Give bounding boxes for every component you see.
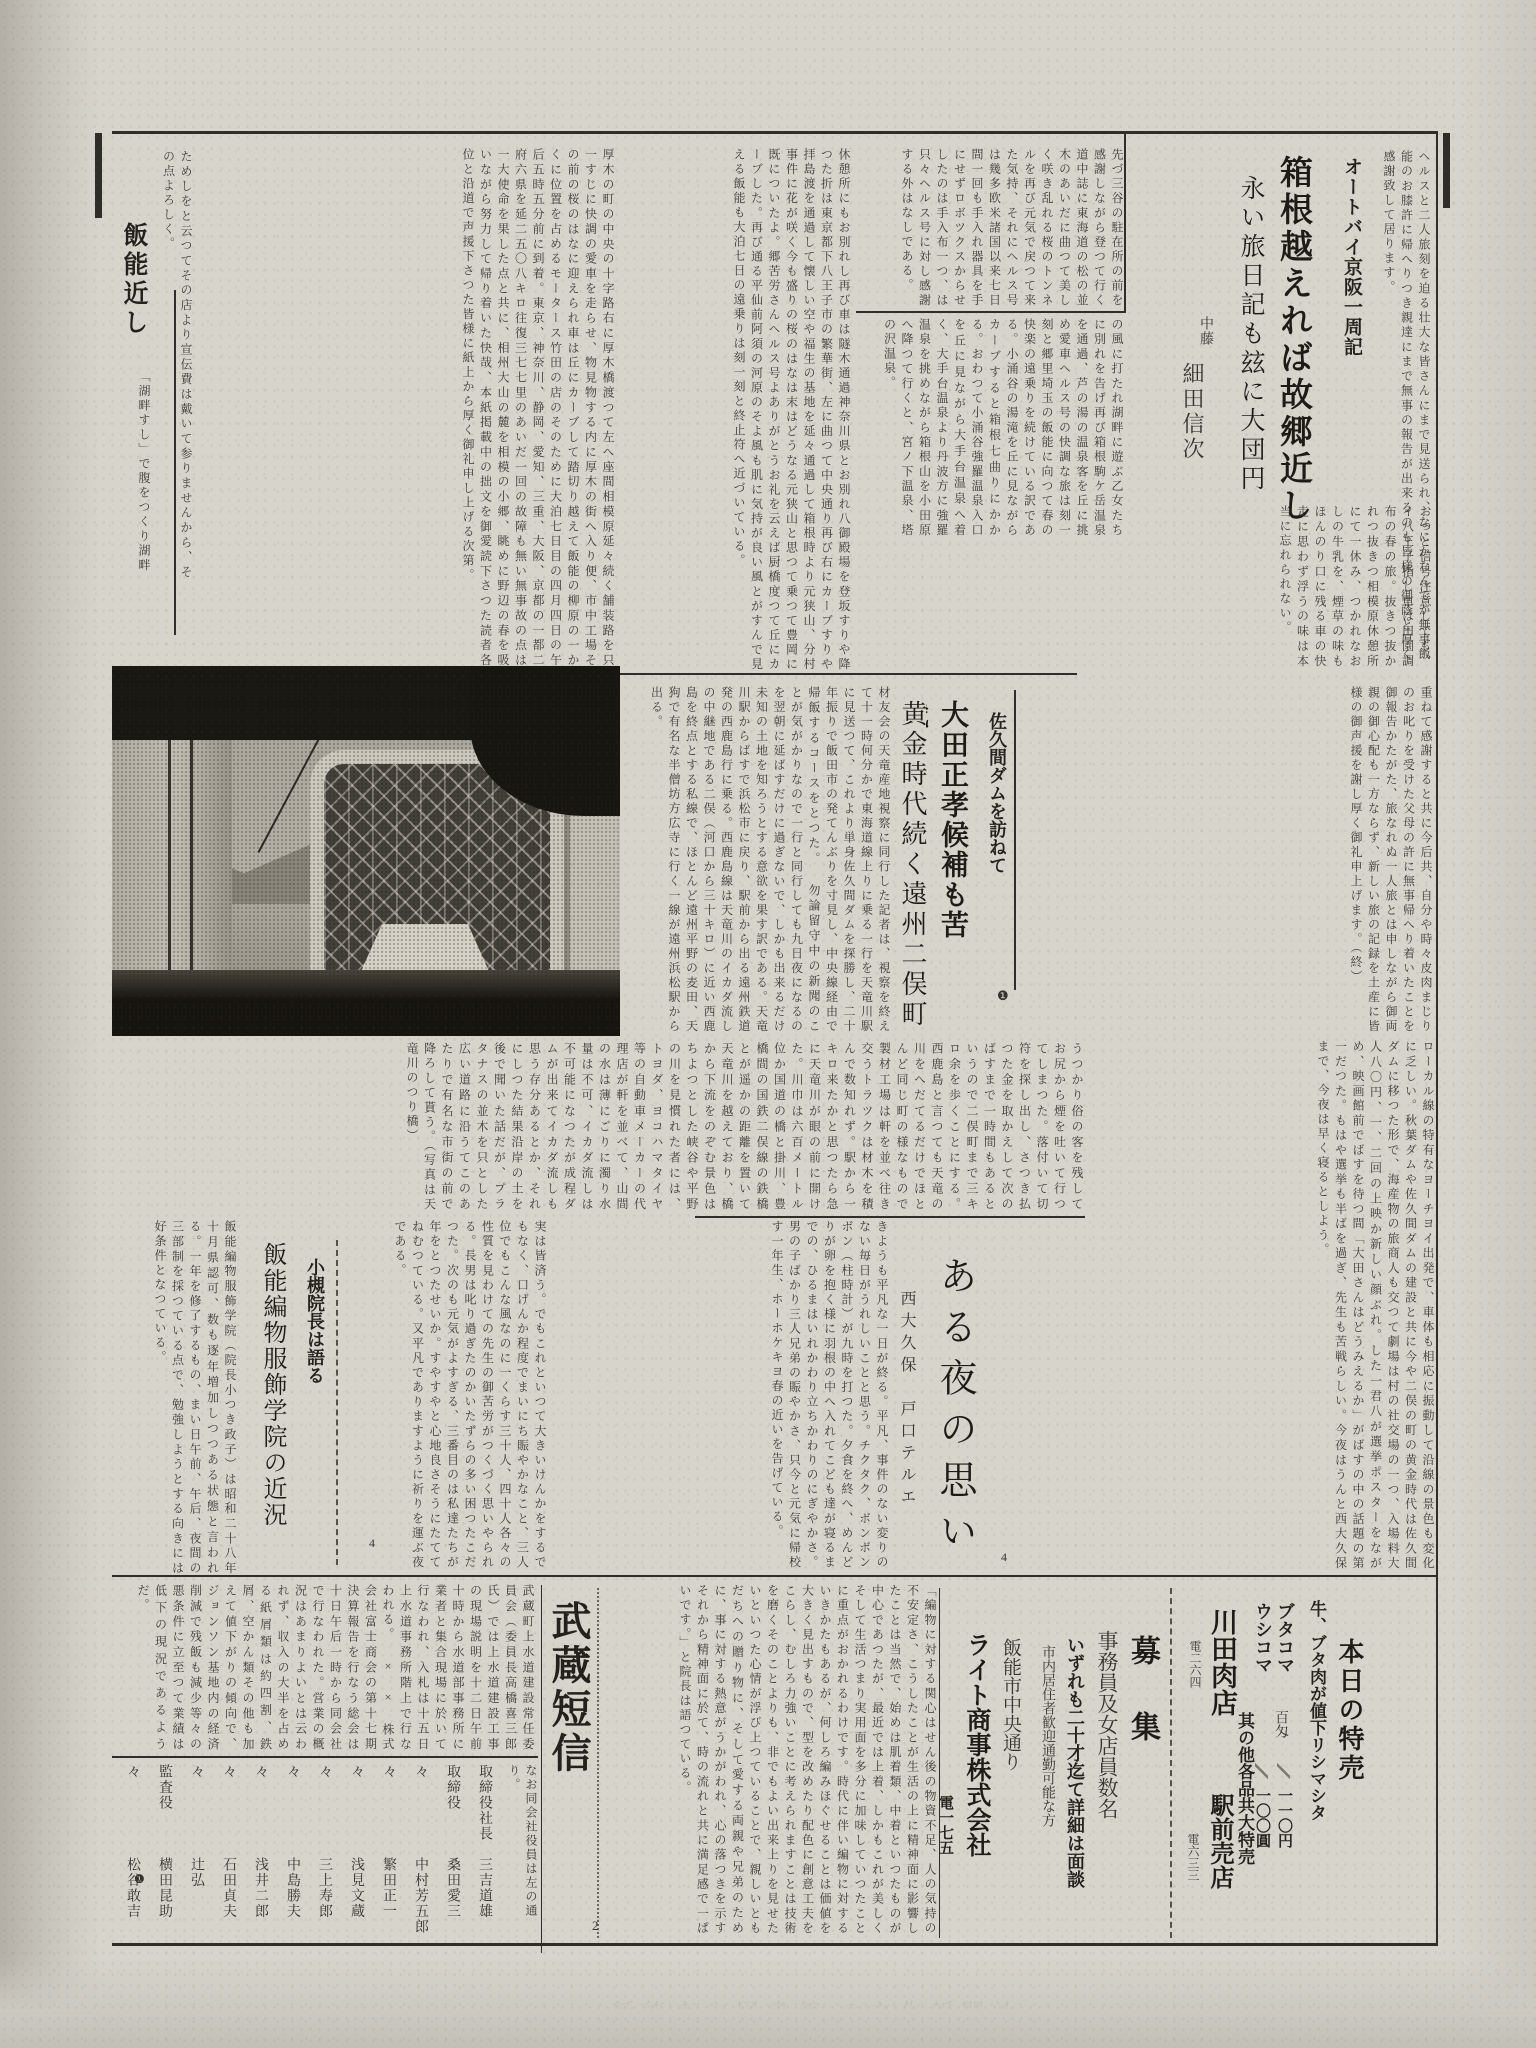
officer-entry: 々 松谷敢吉 xyxy=(122,1764,142,1940)
essay-section-divider xyxy=(695,1216,1085,1218)
dam-kicker: 佐久間ダムを訪ねて xyxy=(982,712,1010,887)
scan-shadow-bottom xyxy=(0,1956,1536,2048)
scan-shadow-left xyxy=(0,0,100,2048)
left-corner-mark xyxy=(95,133,102,218)
dam-kicker-rule xyxy=(1014,690,1016,990)
officer-entry: 々 浅井二郎 xyxy=(250,1764,270,1940)
officer-entry: 々 辻弘 xyxy=(186,1764,206,1940)
musashi-circle-marker: ❶ xyxy=(134,1872,145,1887)
school-page-marker: 4 xyxy=(369,1536,375,1551)
officer-entry: 監査役 横田昆助 xyxy=(154,1764,174,1940)
ad-item-name: ブタコマ xyxy=(1276,1602,1298,1692)
newspaper-page-scan: オートバイ京阪一周記 箱根越えれば故郷近し 永い旅日記も玆に大団円 中藤 細田信… xyxy=(0,0,1536,2048)
officer-entry: 々 浅見文蔵 xyxy=(346,1764,366,1940)
ad-tokubai-note: 其の他各品共大特売 xyxy=(1235,1712,1257,1897)
bottom-section-divider xyxy=(112,1575,1438,1577)
essay-byline: 西大久保 戸口テルエ xyxy=(896,1290,918,1590)
ad-item-price: 一〇〇圓 xyxy=(1255,1788,1273,1888)
officer-entry: 々 中村芳五郎 xyxy=(410,1764,430,1940)
essay-body-left: 実は皆済う。でもこれといつて大きいけんかをするでもなく、口げんか程度でまいにち賑… xyxy=(352,1220,548,1570)
article-closing-note: ためしをと云つてその店より宣伝費は戴いて参りませんから、その点よろしく。 xyxy=(152,150,194,580)
school-headline: 飯能編物服飾学院の近況 xyxy=(250,1242,290,1552)
ad-boshu-title: 募 集 xyxy=(1124,1635,1164,1765)
school-kicker-rule xyxy=(336,1240,338,1565)
ad-tokubai-lead: 牛、ブタ肉が値下リシマシタ xyxy=(1305,1600,1329,1850)
old-price-strikethrough xyxy=(1277,1762,1290,1780)
ad-boshu-position: 事務員及女店員数名 xyxy=(1096,1630,1122,1862)
dam-body-band: うつかり俗の客を残してお尻から煙を吐いて行つてしまつた。落付いて切符を探し出し、… xyxy=(112,1042,1085,1212)
officer-entry: 々 石田貞夫 xyxy=(218,1764,238,1940)
musashi-separator: × × xyxy=(381,1659,395,1707)
subsection-column: 「湖畔すし」で腹をつくり湖畔 xyxy=(116,370,152,662)
musashi-item: 武蔵町上水道建設常任委員会（委員長高橋喜三郎氏）では上水道建設工事の現場説明を十… xyxy=(381,1584,535,1752)
essay-page-marker: 4 xyxy=(1001,1550,1007,1565)
lead-box-rule-h xyxy=(856,311,1126,313)
dam-section-divider xyxy=(615,673,1077,675)
article-body-mid: 休憩所にもお別れし再び車は隧木通過神奈川県とお別れ八御殿場を登坂すりや降つた折は… xyxy=(620,148,852,672)
dam-marker: ❶ xyxy=(997,988,1009,1004)
byline-name: 細田信次 xyxy=(1182,362,1208,472)
dam-body-right: ローカル線の特有なヨーチヨイ出発で、車体も相応に振動して沿線の景色も変化に乏しい… xyxy=(1090,1040,1436,1571)
article-body-left: 厚木の町の中央の十字路右に厚木橋渡つて左へ座間相模原延々続く舗装路を只一すじに快… xyxy=(196,148,616,668)
officer-entry: 々 中島勝夫 xyxy=(282,1764,302,1940)
musashi-body: 武蔵町上水道建設常任委員会（委員長高橋喜三郎氏）では上水道建設工事の現場説明を十… xyxy=(112,1584,536,1752)
corner-mark xyxy=(1443,133,1450,208)
ad-divider-dashed xyxy=(1170,1588,1172,1938)
officer-entry: 々 繁田正一 xyxy=(378,1764,398,1940)
ad-shop-tel: 電二六四 xyxy=(1190,1640,1204,1712)
series-kicker: オートバイ京阪一周記 xyxy=(1337,157,1365,372)
officer-entry: 取締役 桑田愛三 xyxy=(442,1764,462,1940)
ad-branch-tel: 電六三三 xyxy=(1188,1833,1202,1903)
dam-headline-main: 大田正孝候補も苦戦 xyxy=(926,700,972,968)
scan-shadow-right xyxy=(1456,0,1536,2048)
article-body-under-headline: おつと信号注意しても、イ八王子指し車は田園調布の春の旅。抜きつ抜かれつ抜きつ相模… xyxy=(1085,505,1433,669)
ad-shop-name: 川田肉店 xyxy=(1208,1608,1242,1733)
ad-boshu-condition: いずれも二十才迄て詳細は面談 xyxy=(1064,1636,1088,1914)
musashi-page-marker: 2 xyxy=(592,1918,599,1934)
top-rule xyxy=(112,131,1438,134)
ad-item-price: 一一〇円 xyxy=(1277,1788,1295,1888)
ad-tokubai-title: 本日の特売 xyxy=(1334,1638,1368,1808)
officer-entry: 々 三上寿郎 xyxy=(314,1764,334,1940)
ad-branch-name: 駅前売店 xyxy=(1207,1793,1237,1905)
photo-halftone-overlay xyxy=(112,666,620,1036)
school-body-lead: 飯能編物服飾学院（院長小つき政子）は昭和二十八年十月県認可、数も逐年増加しつつあ… xyxy=(112,1220,238,1576)
dam-body-mid: 勿論留守中の新聞のことが気がかりなので一行と同行しても九日夜になるのを翌朝に延ば… xyxy=(650,686,822,1034)
officer-entry: 取締役社長 三吉道雄 xyxy=(474,1764,494,1940)
essay-headline: ある夜の思い xyxy=(934,1256,982,1596)
news-photo-truss-bridge xyxy=(112,666,620,1036)
byline-place: 中藤 xyxy=(1197,316,1215,362)
ad-item-name: ウシコマ xyxy=(1254,1602,1276,1692)
musashi-item: 株式会社富士商会の第十七期決算報告を行なう総会は十日午后一時から同会社で行なわれ… xyxy=(136,1584,395,1752)
headline-sub: 永い旅日記も玆に大団円 xyxy=(1236,175,1268,510)
officers-intro: なお同会社役員は左の通り。 xyxy=(506,1764,540,1940)
musashi-heading: 武蔵短信 xyxy=(543,1600,597,1792)
dam-body: 材友会の天竜産地視察に同行した記者は、視察を終えて十一時何分かで東海道線上りに乗… xyxy=(618,686,892,1034)
school-kicker: 小槻院長は語る xyxy=(296,1258,328,1408)
right-edge-rule xyxy=(1436,131,1438,1946)
dam-headline-sub: 黄金時代続く遠州二俣町 xyxy=(895,700,931,1052)
subsection-head: 飯能近し xyxy=(113,222,151,357)
ad-boshu-address: 飯能市中央通り xyxy=(1000,1638,1024,1806)
officers-divider xyxy=(112,1756,538,1758)
ad-boshu-note: 市内居住者歓迎通勤可能な方 xyxy=(1039,1645,1057,1870)
ad-unit: 百匁 xyxy=(1272,1710,1290,1750)
musashi-rule xyxy=(541,1585,542,1953)
school-quote: 「編物に対する関心はせん後の物資不足、人の気持の不安定さ、こうしたことが生活の上… xyxy=(600,1584,938,1936)
ad-boshu-company: ライト商事株式会社 xyxy=(962,1632,994,1912)
bottom-rule xyxy=(112,1943,1438,1946)
headline-main: 箱根越えれば故郷近し xyxy=(1271,155,1317,535)
quote-wavy-rule xyxy=(597,1588,599,1938)
essay-body-main: きようも平凡な一日が終る。平凡、事件のない変りのない毎日がうれしいことと思う。チ… xyxy=(550,1220,890,1570)
article-body-box: 先づ三谷の駐在所の前を感謝しながら登つて行く道中誌に東海道の松の並木のあいだに曲… xyxy=(855,148,1125,308)
officers-list: なお同会社役員は左の通り。 取締役社長 三吉道雄取締役 桑田愛三々 中村芳五郎々… xyxy=(112,1764,540,1940)
article-closing-column: 重ねて感謝すると共に今后共、自分や時々皮肉まじりのお叱りを受けた父母の許に無事帰… xyxy=(1048,686,1434,1034)
ad-boshu-tel: 電一七五 xyxy=(938,1795,956,1895)
